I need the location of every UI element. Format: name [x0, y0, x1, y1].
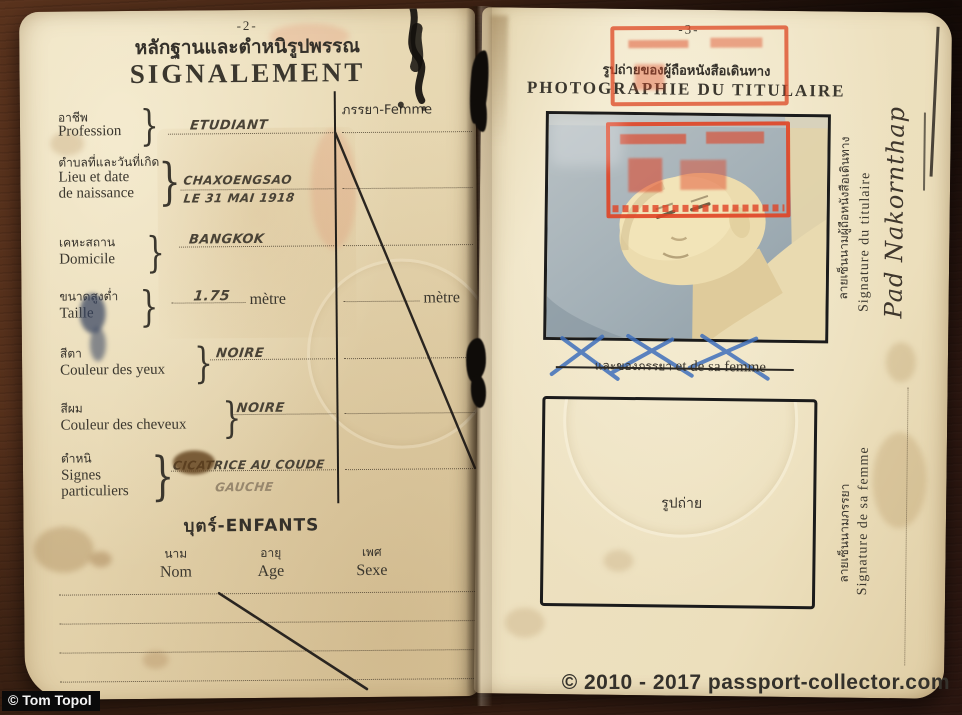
stamp-mark [680, 160, 726, 190]
holder-signature-thai: ลายเซ็นนามผู้ถือหนังสือเดินทาง [834, 98, 856, 338]
stamp-mark-row [612, 204, 784, 212]
foxing-stain [603, 550, 633, 572]
passport-left-page: -2- หลักฐานและตำหนิรูปพรรณ SIGNALEMENT ภ… [19, 8, 481, 700]
foxing-stain [505, 607, 545, 637]
passport-right-page: -3- รูปถ่ายของผู้ถือหนังสือเดินทาง PHOTO… [474, 7, 952, 699]
red-franking-stamp-lower [606, 121, 791, 218]
empty-photo-label: รูปถ่าย [544, 491, 817, 516]
left-page-lines-overlay [19, 8, 481, 700]
signature-underline [923, 113, 926, 191]
photo-gloss [550, 116, 623, 167]
stamp-mark [710, 37, 762, 47]
photographer-credit: © Tom Topol [2, 691, 100, 711]
holder-signature-french: Signature du titulaire [856, 142, 874, 342]
website-credit: © 2010 - 2017 passport-collector.com [562, 671, 950, 695]
stamp-mark [620, 134, 686, 144]
wife-signature-french: Signature de sa femme [855, 431, 873, 611]
photo-frame [543, 111, 831, 343]
red-franking-stamp-upper [610, 25, 788, 106]
embossed-seal-right [562, 396, 800, 539]
stamp-mark [628, 158, 662, 192]
empty-photo-frame: รูปถ่าย [540, 396, 818, 609]
stamp-mark [706, 131, 764, 143]
stamp-mark [634, 64, 664, 90]
passport-photo-scene: -2- หลักฐานและตำหนิรูปพรรณ SIGNALEMENT ภ… [0, 0, 962, 715]
wife-signature-thai: ลายเซ็นนามภรรยา [834, 458, 855, 608]
handwritten-signature: Pad Nakornthap [879, 67, 911, 357]
foxing-stain [872, 432, 927, 529]
stamp-mark [628, 40, 688, 48]
signature-underline [930, 27, 940, 177]
